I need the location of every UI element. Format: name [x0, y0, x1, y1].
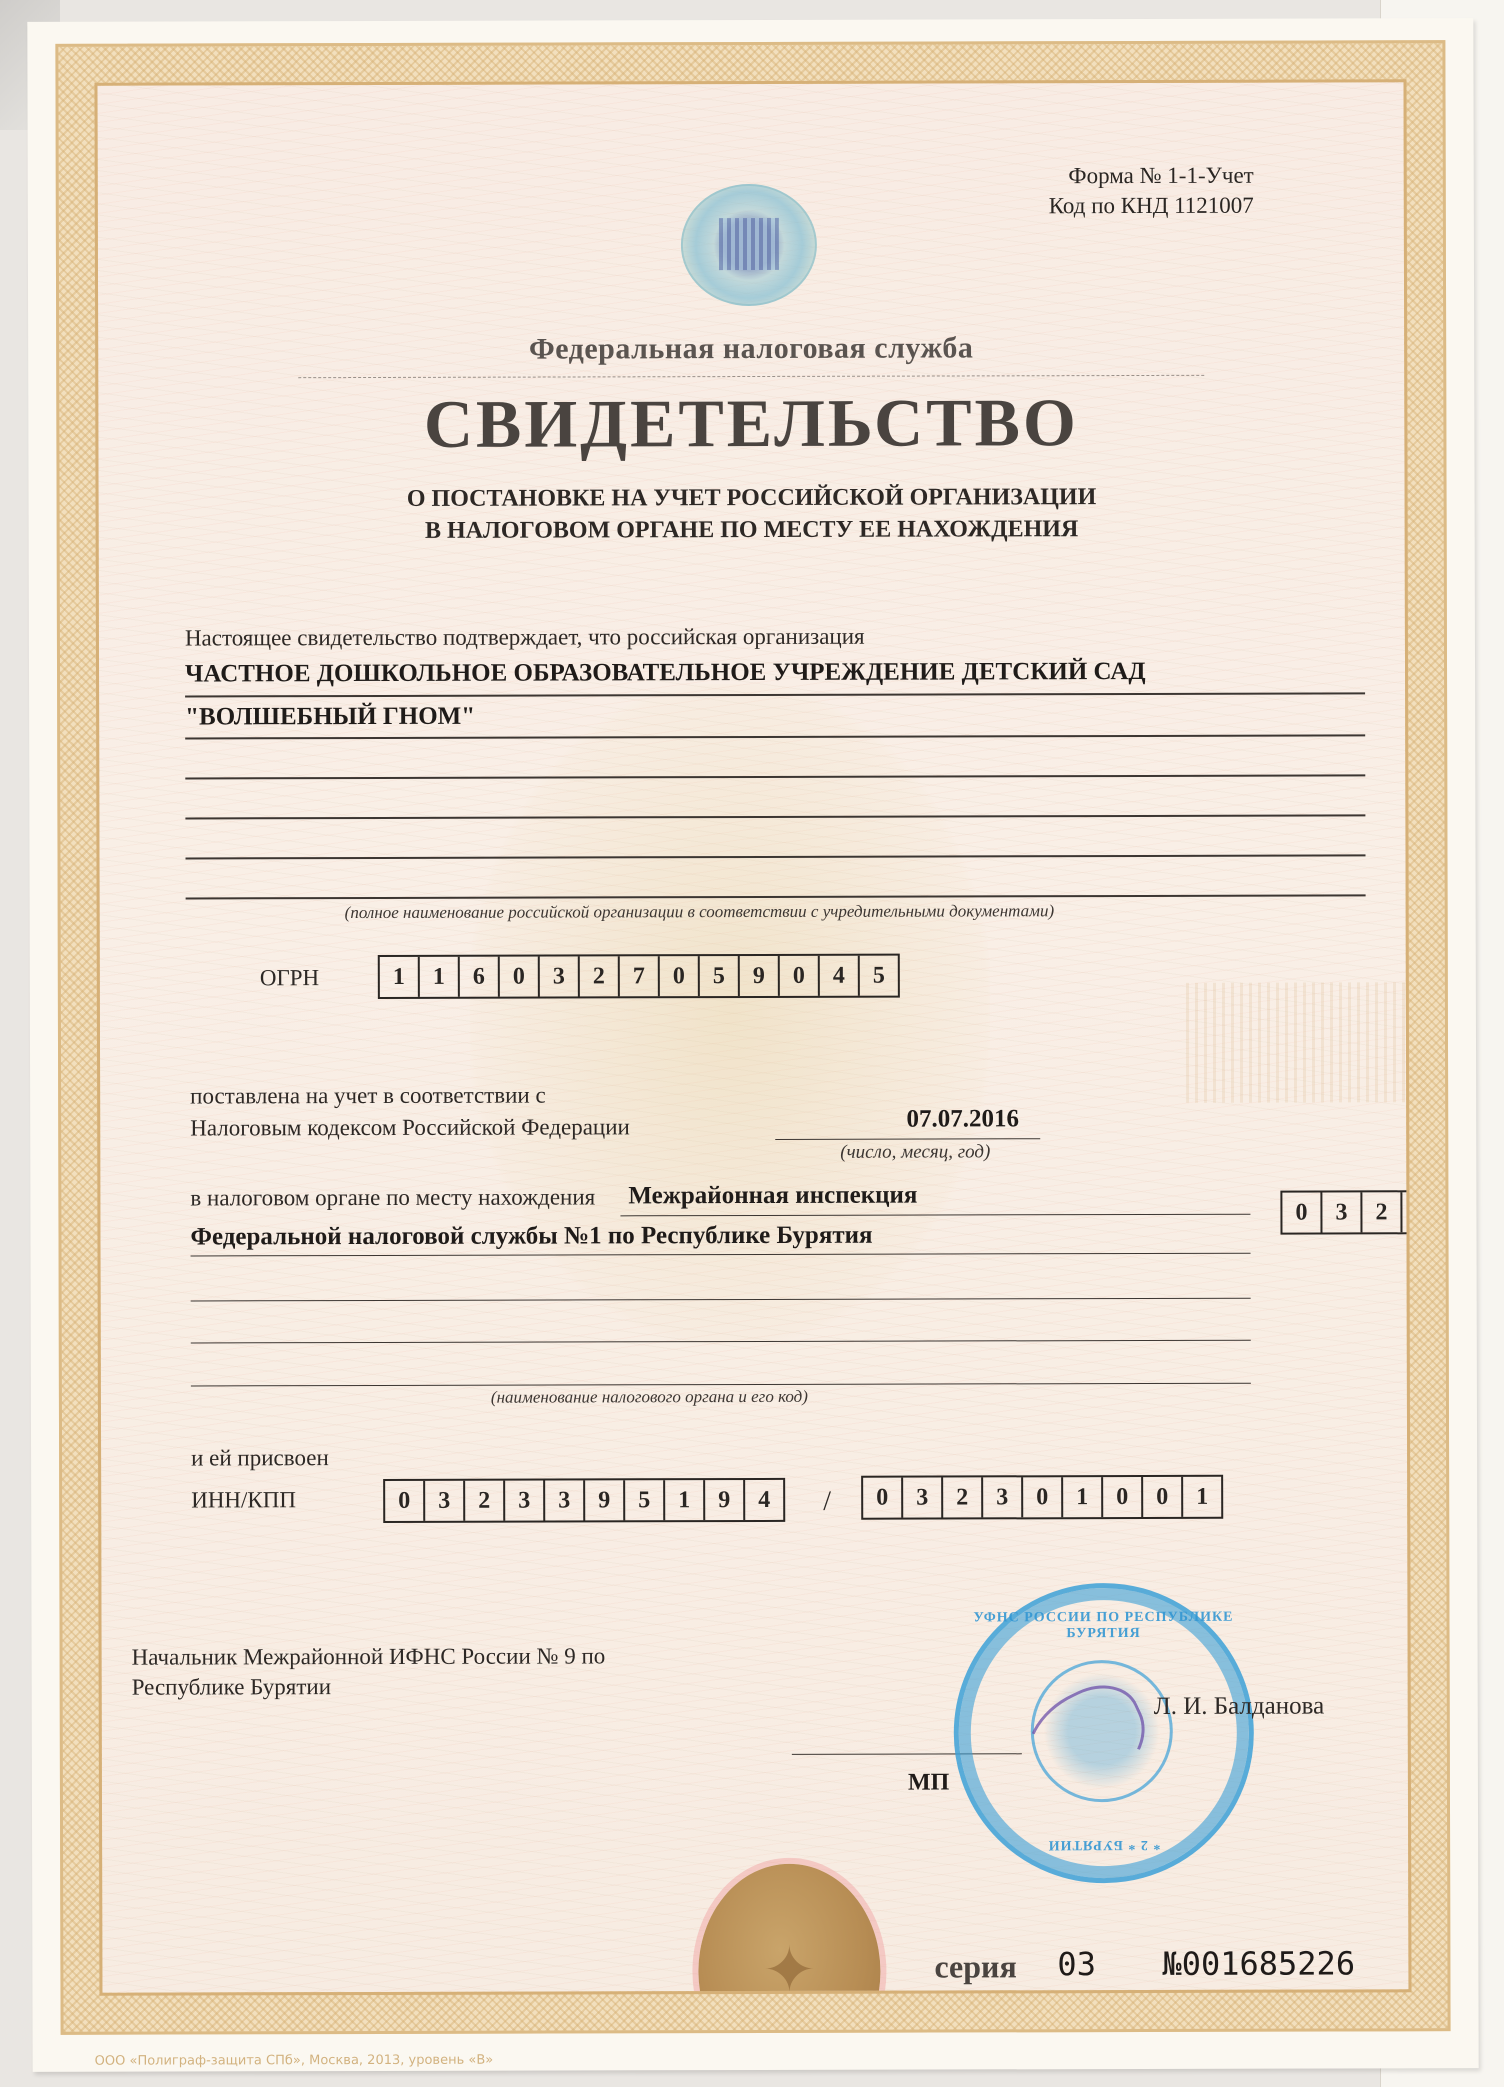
ogrn-digit: 0	[780, 956, 820, 996]
ogrn-digit: 5	[860, 956, 898, 996]
inn-digit: 5	[625, 1480, 665, 1520]
kpp-digit: 1	[1063, 1477, 1103, 1517]
double-headed-eagle-icon: ✦	[698, 1864, 881, 1996]
knd-code: Код по КНД 1121007	[1049, 191, 1254, 222]
kpp-digit: 1	[1183, 1477, 1221, 1517]
inn-boxes: 0323395194	[383, 1478, 785, 1523]
ogrn-digit: 6	[460, 957, 500, 997]
registration-line-2: Налоговым кодексом Российской Федерации	[190, 1114, 630, 1141]
kpp-digit: 3	[983, 1477, 1023, 1517]
serial-number: №001685226	[1162, 1944, 1355, 1983]
kpp-digit: 2	[943, 1477, 983, 1517]
guilloche-pattern	[1186, 982, 1412, 1103]
ogrn-digit: 5	[700, 956, 740, 996]
ogrn-label: ОГРН	[260, 965, 319, 991]
ogrn-digit: 4	[820, 956, 860, 996]
kpp-digit: 0	[1103, 1477, 1143, 1517]
ogrn-digit: 3	[540, 956, 580, 996]
signatory-name: Л. И. Балданова	[1154, 1693, 1325, 1721]
inn-digit: 3	[505, 1481, 545, 1521]
series-value: 03	[1057, 1945, 1096, 1983]
ogrn-digit: 0	[660, 956, 700, 996]
ogrn-digit: 1	[380, 957, 420, 997]
form-number-block: Форма № 1-1-Учет Код по КНД 1121007	[1049, 161, 1254, 222]
authority-code-boxes: 0323	[1280, 1190, 1411, 1234]
inn-digit: 3	[545, 1480, 585, 1520]
stamp-outer-text: УФНС РОССИИ ПО РЕСПУБЛИКЕ БУРЯТИЯ	[958, 1610, 1248, 1643]
authority-intro: в налоговом органе по месту нахождения	[190, 1184, 595, 1211]
organization-intro: Настоящее свидетельство подтверждает, чт…	[185, 624, 865, 652]
guilloche-border: Форма № 1-1-Учет Код по КНД 1121007 Феде…	[55, 40, 1450, 2035]
inn-digit: 3	[425, 1481, 465, 1521]
organization-caption: (полное наименование российской организа…	[345, 901, 1055, 923]
kpp-digit: 0	[1143, 1477, 1183, 1517]
ogrn-digit: 1	[420, 957, 460, 997]
subtitle-line-2: В НАЛОГОВОМ ОРГАНЕ ПО МЕСТУ ЕЕ НАХОЖДЕНИ…	[99, 512, 1405, 547]
inn-digit: 1	[665, 1480, 705, 1520]
authority-line-1: Межрайонная инспекция	[628, 1182, 917, 1211]
authority-code-digit: 3	[1322, 1192, 1362, 1232]
signatory-position-line-2: Республике Бурятии	[132, 1671, 606, 1702]
registration-date: 07.07.2016	[845, 1105, 1080, 1134]
inn-kpp-separator: /	[823, 1486, 831, 1518]
certificate-body: Форма № 1-1-Учет Код по КНД 1121007 Феде…	[94, 79, 1411, 1995]
authority-code-digit: 2	[1362, 1192, 1402, 1232]
agency-name: Федеральная налоговая служба	[98, 330, 1404, 367]
date-caption: (число, месяц, год)	[840, 1141, 990, 1163]
ogrn-digit: 0	[500, 957, 540, 997]
authority-code-digit: 3	[1402, 1192, 1411, 1232]
kpp-boxes: 032301001	[861, 1475, 1223, 1520]
series-label: серия	[934, 1948, 1016, 1985]
inn-digit: 4	[745, 1480, 783, 1520]
inn-digit: 2	[465, 1481, 505, 1521]
ogrn-digit: 2	[580, 956, 620, 996]
fill-line	[191, 1383, 1251, 1387]
mp-label: МП	[908, 1769, 949, 1796]
kpp-digit: 3	[903, 1478, 943, 1518]
kpp-digit: 0	[863, 1478, 903, 1518]
subtitle-line-1: О ПОСТАНОВКЕ НА УЧЕТ РОССИЙСКОЙ ОРГАНИЗА…	[99, 480, 1405, 515]
subtitle: О ПОСТАНОВКЕ НА УЧЕТ РОССИЙСКОЙ ОРГАНИЗА…	[99, 480, 1405, 547]
stamp-bottom-text: * 2 * БУРЯТИИ	[959, 1836, 1249, 1853]
hologram-emblem-icon	[681, 184, 817, 306]
form-number: Форма № 1-1-Учет	[1049, 161, 1254, 192]
signatory-position: Начальник Межрайонной ИФНС России № 9 по…	[132, 1641, 606, 1702]
page-title: СВИДЕТЕЛЬСТВО	[98, 382, 1404, 464]
ogrn-boxes: 1160327059045	[378, 954, 900, 999]
inn-digit: 9	[705, 1480, 745, 1520]
divider	[298, 375, 1204, 378]
authority-line-2: Федеральной налоговой службы №1 по Респу…	[190, 1222, 872, 1252]
inn-kpp-label: ИНН/КПП	[191, 1487, 296, 1513]
organization-name-line-2: "ВОЛШЕБНЫЙ ГНОМ"	[185, 703, 475, 732]
ogrn-digit: 9	[740, 956, 780, 996]
authority-caption: (наименование налогового органа и его ко…	[491, 1387, 808, 1408]
ogrn-digit: 7	[620, 956, 660, 996]
printer-imprint: ООО «Полиграф-защита СПб», Москва, 2013,…	[95, 2053, 494, 2069]
registration-line-1: поставлена на учет в соответствии с	[190, 1083, 546, 1110]
signatory-position-line-1: Начальник Межрайонной ИФНС России № 9 по	[132, 1641, 606, 1672]
assigned-label: и ей присвоен	[191, 1445, 329, 1471]
certificate-sheet: Форма № 1-1-Учет Код по КНД 1121007 Феде…	[27, 18, 1478, 2072]
authority-code-digit: 0	[1282, 1193, 1322, 1233]
organization-name-line-1: ЧАСТНОЕ ДОШКОЛЬНОЕ ОБРАЗОВАТЕЛЬНОЕ УЧРЕЖ…	[185, 658, 1146, 689]
inn-digit: 0	[385, 1481, 425, 1521]
inn-digit: 9	[585, 1480, 625, 1520]
kpp-digit: 0	[1023, 1477, 1063, 1517]
